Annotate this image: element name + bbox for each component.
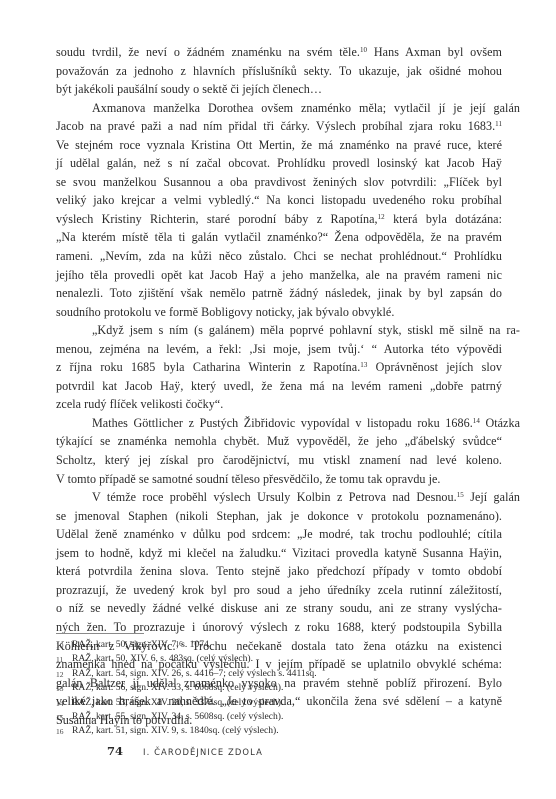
text-line: potvrdil kat Jacob Haÿ, který uvedl, že … <box>56 377 502 396</box>
text-line-content: která potvrdila ženina slova. Tento stej… <box>56 562 502 581</box>
text-run: veliký jako krejcar a velmi vybledlý.“ N… <box>56 193 502 207</box>
text-run: o níž se nevedly žádné velké diskuse ani… <box>56 601 502 615</box>
text-run: týkající se znaménka nemohla chybět. Muž… <box>56 434 502 448</box>
footnote-number: 16 <box>56 724 72 738</box>
text-line-content: V tomto případě se samotné soudní těleso… <box>56 470 502 489</box>
text-line-content: prozrazují, že uvedený krok byl pro soud… <box>56 581 502 600</box>
text-line: soudu tvrdil, že neví o žádném znaménku … <box>56 43 502 62</box>
text-line: o níž se nevedly žádné velké diskuse ani… <box>56 599 502 618</box>
text-line-content: být jakékoli paušální soudy o sektě či j… <box>56 80 502 99</box>
text-run: jejího těla provedli opět kat Jacob Haÿ … <box>56 268 502 282</box>
text-line-content: rameni. „Nevím, zda na kůži něco zůstalo… <box>56 247 502 266</box>
footnote: 13RAŽ, kart. 56, sign. XIV. 33, s. 6068s… <box>56 681 502 695</box>
footnote-reference[interactable]: 12 <box>378 213 385 221</box>
text-run: Scholtz, který jej získal pro čarodějnic… <box>56 453 502 467</box>
text-run: prozrazují, že uvedený krok byl pro soud… <box>56 583 502 597</box>
footnote-number: 14 <box>56 696 72 710</box>
footnote-separator <box>56 633 144 634</box>
text-line-content: Udělal ženě znaménko v důlku pod srdcem:… <box>56 525 502 544</box>
text-line: V tomto případě se samotné soudní těleso… <box>56 470 502 489</box>
text-line-content: se jmenoval Staphen (nikoli Stephan, jak… <box>56 507 502 526</box>
footnotes: 10RAŽ, kart. 50, sign. XIV. 7, s. 1074.1… <box>56 638 502 739</box>
running-head: I. ČARODĚJNICE ZDOLA <box>143 747 263 757</box>
text-run: soudního protokolu ve formě Bobligovy no… <box>56 305 394 319</box>
footnote-number: 12 <box>56 667 72 681</box>
text-run: menou, zejména na levém, a řekl: ‚Jsi mo… <box>56 342 502 356</box>
text-line-content: menou, zejména na levém, a řekl: ‚Jsi mo… <box>56 340 502 359</box>
text-line: menou, zejména na levém, a řekl: ‚Jsi mo… <box>56 340 502 359</box>
footnote: 11RAŽ, kart. 50, XIV. 6, s. 483sq. (celý… <box>56 652 502 666</box>
text-line: prozrazují, že uvedený krok byl pro soud… <box>56 581 502 600</box>
text-line: rameni. „Nevím, zda na kůži něco zůstalo… <box>56 247 502 266</box>
text-run: Jacob na pravé paži a nad ním přidal tři… <box>56 119 495 133</box>
text-line: „Na kterém místě těla ti galán vytlačil … <box>56 228 502 247</box>
text-line-content: jejího těla provedli opět kat Jacob Haÿ … <box>56 266 502 285</box>
text-line-content: V témže roce proběhl výslech Ursuly Kolb… <box>74 488 520 507</box>
text-line-content: týkající se znaménka nemohla chybět. Muž… <box>56 432 502 451</box>
text-line-content: Axmanova manželka Dorothea ovšem znaménk… <box>74 99 520 118</box>
text-run: „Když jsem s ním (s galánem) měla poprvé… <box>92 323 520 337</box>
text-run: ných žen. To prozrazuje i únorový výslec… <box>56 620 502 634</box>
text-line-content: Ve stejném roce vyznala Kristina Ott Mer… <box>56 136 502 155</box>
text-line-content: Jacob na pravé paži a nad ním přidal tři… <box>56 117 502 136</box>
text-line-content: soudu tvrdil, že neví o žádném znaménku … <box>56 43 502 62</box>
text-run: Mathes Göttlicher z Pustých Žibřidovic v… <box>92 416 473 430</box>
text-line-content: „Když jsem s ním (s galánem) měla poprvé… <box>74 321 520 340</box>
text-line: jsem to hodně, když mi klečel na žaludku… <box>56 544 502 563</box>
text-line: Axmanova manželka Dorothea ovšem znaménk… <box>56 99 502 118</box>
text-line-content: výslech Kristiny Richterin, staré porodn… <box>56 210 502 229</box>
text-line: Scholtz, který jej získal pro čarodějnic… <box>56 451 502 470</box>
text-run: nenalezli. Toto zjištění však nemělo pat… <box>56 286 502 300</box>
text-run: z října roku 1685 byla Catharina Winteri… <box>56 360 360 374</box>
text-line: týkající se znaménka nemohla chybět. Muž… <box>56 432 502 451</box>
text-line-content: jsem to hodně, když mi klečel na žaludku… <box>56 544 502 563</box>
text-line: být jakékoli paušální soudy o sektě či j… <box>56 80 502 99</box>
text-line-content: potvrdil kat Jacob Haÿ, který uvedl, že … <box>56 377 502 396</box>
footnote: 16RAŽ, kart. 51, sign. XIV. 9, s. 1840sq… <box>56 724 502 738</box>
text-run: být jakékoli paušální soudy o sektě či j… <box>56 82 322 96</box>
footnote-number: 11 <box>56 652 72 666</box>
text-line: nenalezli. Toto zjištění však nemělo pat… <box>56 284 502 303</box>
text-line-content: zcela rudý flíček velikosti čočky“. <box>56 395 502 414</box>
footnote-reference[interactable]: 11 <box>495 120 502 128</box>
text-line-content: o níž se nevedly žádné velké diskuse ani… <box>56 599 502 618</box>
footnote-number: 13 <box>56 681 72 695</box>
footnote: 10RAŽ, kart. 50, sign. XIV. 7, s. 1074. <box>56 638 502 652</box>
text-line-content: nenalezli. Toto zjištění však nemělo pat… <box>56 284 502 303</box>
text-run: jsem to hodně, když mi klečel na žaludku… <box>56 546 502 560</box>
text-line-content: veliký jako krejcar a velmi vybledlý.“ N… <box>56 191 502 210</box>
text-line: z října roku 1685 byla Catharina Winteri… <box>56 358 502 377</box>
text-run: považován za jednoho z hlavních příslušn… <box>56 64 502 78</box>
text-line-content: se svou manželkou Susannou a oba pravdiv… <box>56 173 502 192</box>
footnote-text: RAŽ, kart. 50, XIV. 6, s. 483sq. (celý v… <box>72 652 502 666</box>
text-run: Axmanova manželka Dorothea ovšem znaménk… <box>92 101 520 115</box>
text-line: Jacob na pravé paži a nad ním přidal tři… <box>56 117 502 136</box>
text-line: výslech Kristiny Richterin, staré porodn… <box>56 210 502 229</box>
text-run: „Na kterém místě těla ti galán vytlačil … <box>56 230 502 244</box>
footnote-text: RAŽ, kart. 50, sign. XIV. 7, s. 1074. <box>72 638 502 652</box>
text-line-content: jí udělal galán, než s ní začal obcovat.… <box>56 154 502 173</box>
text-run: V tomto případě se samotné soudní těleso… <box>56 472 441 486</box>
text-run: soudu tvrdil, že neví o žádném znaménku … <box>56 45 360 59</box>
page-number: 74 <box>107 744 143 758</box>
text-run: Hans Axman byl ovšem <box>367 45 502 59</box>
text-run: se svou manželkou Susannou a oba pravdiv… <box>56 175 502 189</box>
text-run: Udělal ženě znaménko v důlku pod srdcem:… <box>56 527 502 541</box>
text-line: která potvrdila ženina slova. Tento stej… <box>56 562 502 581</box>
footnote-number: 10 <box>56 638 72 652</box>
footnote-text: RAŽ, kart. 56, sign. XIV. 33, s. 6068sq.… <box>72 681 502 695</box>
text-line: se svou manželkou Susannou a oba pravdiv… <box>56 173 502 192</box>
text-line: soudního protokolu ve formě Bobligovy no… <box>56 303 502 322</box>
footnote: 14RAŽ, kart. 53, sign. XIV. 20, s. 3374s… <box>56 696 502 710</box>
text-line-content: Mathes Göttlicher z Pustých Žibřidovic v… <box>74 414 520 433</box>
text-line: jejího těla provedli opět kat Jacob Haÿ … <box>56 266 502 285</box>
text-line: Udělal ženě znaménko v důlku pod srdcem:… <box>56 525 502 544</box>
text-line: Ve stejném roce vyznala Kristina Ott Mer… <box>56 136 502 155</box>
text-run: se jmenoval Staphen (nikoli Stephan, jak… <box>56 509 502 523</box>
text-run: V témže roce proběhl výslech Ursuly Kolb… <box>92 490 457 504</box>
text-line: se jmenoval Staphen (nikoli Stephan, jak… <box>56 507 502 526</box>
text-line-content: Scholtz, který jej získal pro čarodějnic… <box>56 451 502 470</box>
text-line-content: „Na kterém místě těla ti galán vytlačil … <box>56 228 502 247</box>
footnote-reference[interactable]: 15 <box>457 491 464 499</box>
text-run: Otázka <box>480 416 520 430</box>
text-run: potvrdil kat Jacob Haÿ, který uvedl, že … <box>56 379 502 393</box>
text-run: rameni. „Nevím, zda na kůži něco zůstalo… <box>56 249 502 263</box>
text-line: jí udělal galán, než s ní začal obcovat.… <box>56 154 502 173</box>
footnote-text: RAŽ, kart. 55, sign. XIV. 34, s. 5608sq.… <box>72 710 502 724</box>
body-text: soudu tvrdil, že neví o žádném znaménku … <box>56 43 502 729</box>
footnote: 15RAŽ, kart. 55, sign. XIV. 34, s. 5608s… <box>56 710 502 724</box>
footnote-text: RAŽ, kart. 54, sign. XIV. 26, s. 4416–7;… <box>72 667 502 681</box>
text-line: „Když jsem s ním (s galánem) měla poprvé… <box>56 321 502 340</box>
text-run: zcela rudý flíček velikosti čočky“. <box>56 397 223 411</box>
footnote-number: 15 <box>56 710 72 724</box>
text-line-content: z října roku 1685 byla Catharina Winteri… <box>56 358 502 377</box>
footnote-text: RAŽ, kart. 53, sign. XIV. 20, s. 3374sq.… <box>72 696 502 710</box>
text-run: Oprávněnost jejích slov <box>367 360 502 374</box>
text-line: zcela rudý flíček velikosti čočky“. <box>56 395 502 414</box>
text-line: V témže roce proběhl výslech Ursuly Kolb… <box>56 488 502 507</box>
text-run: která byla dotázána: <box>385 212 502 226</box>
text-run: jí udělal galán, než s ní začal obcovat.… <box>56 156 502 170</box>
text-line: Mathes Göttlicher z Pustých Žibřidovic v… <box>56 414 502 433</box>
text-run: Její galán <box>464 490 520 504</box>
text-run: Ve stejném roce vyznala Kristina Ott Mer… <box>56 138 502 152</box>
text-line-content: soudního protokolu ve formě Bobligovy no… <box>56 303 502 322</box>
page-footer: 74 I. ČARODĚJNICE ZDOLA <box>107 744 263 758</box>
footnote-text: RAŽ, kart. 51, sign. XIV. 9, s. 1840sq. … <box>72 724 502 738</box>
text-line: veliký jako krejcar a velmi vybledlý.“ N… <box>56 191 502 210</box>
text-line-content: považován za jednoho z hlavních příslušn… <box>56 62 502 81</box>
footnote-reference[interactable]: 14 <box>473 417 480 425</box>
text-run: výslech Kristiny Richterin, staré porodn… <box>56 212 378 226</box>
text-run: která potvrdila ženina slova. Tento stej… <box>56 564 502 578</box>
footnote-reference[interactable]: 10 <box>360 46 367 54</box>
text-line: považován za jednoho z hlavních příslušn… <box>56 62 502 81</box>
footnote: 12RAŽ, kart. 54, sign. XIV. 26, s. 4416–… <box>56 667 502 681</box>
